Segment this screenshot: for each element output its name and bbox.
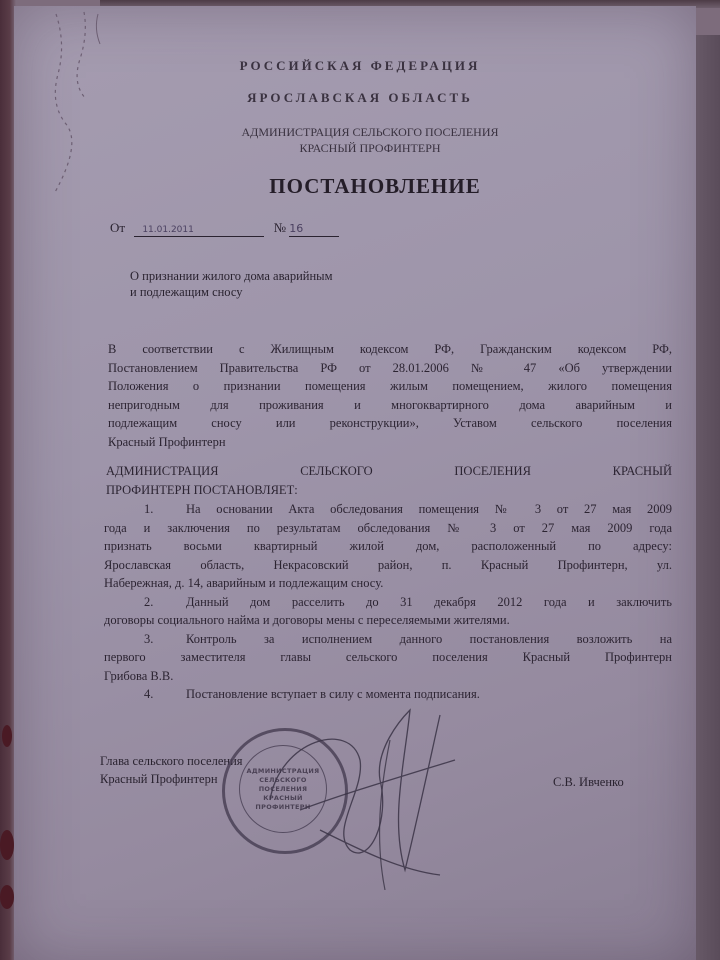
item-text: Данный дом расселить до 31 декабря 2012 … xyxy=(186,595,672,609)
number-label: № xyxy=(274,220,286,235)
item-text: договоры социального найма и договоры ме… xyxy=(104,611,672,630)
item-text: года и заключения по результатам обследо… xyxy=(104,519,672,538)
resolution-item-2: 2.Данный дом расселить до 31 декабря 201… xyxy=(104,593,672,630)
document-meta: От 11.01.2011 № 16 xyxy=(110,220,339,237)
signoff-position: Глава сельского поселения Красный Профин… xyxy=(100,752,243,788)
subject-line: и подлежащим сносу xyxy=(130,284,332,300)
header-region: ЯРОСЛАВСКАЯ ОБЛАСТЬ xyxy=(0,90,720,106)
resolution-item-1: 1.На основании Акта обследования помещен… xyxy=(104,500,672,593)
subject-line: О признании жилого дома аварийным xyxy=(130,268,332,284)
preamble-line: Положения о признании помещения жилым по… xyxy=(108,377,672,396)
number-field: 16 xyxy=(289,220,339,237)
resolves-heading: АДМИНИСТРАЦИЯ СЕЛЬСКОГО ПОСЕЛЕНИЯ КРАСНЫ… xyxy=(106,462,672,499)
item-text: Набережная, д. 14, аварийным и подлежащи… xyxy=(104,574,672,593)
binder-mark xyxy=(0,885,14,909)
signoff-name: С.В. Ивченко xyxy=(553,775,624,790)
resolution-items: 1.На основании Акта обследования помещен… xyxy=(104,500,672,704)
item-text: На основании Акта обследования помещения… xyxy=(186,502,672,516)
resolution-item-3: 3.Контроль за исполнением данного постан… xyxy=(104,630,672,686)
preamble-line: непригодным для проживания и многокварти… xyxy=(108,396,672,415)
header-authority-line1: АДМИНИСТРАЦИЯ СЕЛЬСКОГО ПОСЕЛЕНИЯ xyxy=(10,124,720,140)
resolves-line: АДМИНИСТРАЦИЯ СЕЛЬСКОГО ПОСЕЛЕНИЯ КРАСНЫ… xyxy=(106,462,672,481)
item-number: 1. xyxy=(144,500,186,519)
preamble-line: В соответствии с Жилищным кодексом РФ, Г… xyxy=(108,340,672,359)
header-country: РОССИЙСКАЯ ФЕДЕРАЦИЯ xyxy=(0,58,720,74)
item-text: Контроль за исполнением данного постанов… xyxy=(186,632,672,646)
item-number: 4. xyxy=(144,685,186,704)
item-number: 3. xyxy=(144,630,186,649)
item-text: Ярославская область, Некрасовский район,… xyxy=(104,556,672,575)
preamble-paragraph: В соответствии с Жилищным кодексом РФ, Г… xyxy=(108,340,672,451)
item-text: первого заместителя главы сельского посе… xyxy=(104,648,672,667)
date-label: От xyxy=(110,220,125,235)
item-text: признать восьми квартирный жилой дом, ра… xyxy=(104,537,672,556)
date-field: 11.01.2011 xyxy=(134,220,264,237)
document-title: ПОСТАНОВЛЕНИЕ xyxy=(0,174,720,199)
date-value: 11.01.2011 xyxy=(142,225,194,235)
handwritten-signature xyxy=(240,700,460,890)
header-authority-line2: КРАСНЫЙ ПРОФИНТЕРН xyxy=(10,140,720,156)
signoff-position-line: Красный Профинтерн xyxy=(100,770,243,788)
resolves-line: ПРОФИНТЕРН ПОСТАНОВЛЯЕТ: xyxy=(106,481,672,500)
document-subject: О признании жилого дома аварийным и подл… xyxy=(130,268,332,300)
item-text: Грибова В.В. xyxy=(104,667,672,686)
preamble-line: подлежащим сносу или реконструкции», Уст… xyxy=(108,414,672,433)
preamble-line: Красный Профинтерн xyxy=(108,433,672,452)
item-text: Постановление вступает в силу с момента … xyxy=(186,687,480,701)
preamble-line: Постановлением Правительства РФ от 28.01… xyxy=(108,359,672,378)
binder-mark xyxy=(0,830,14,860)
signoff-position-line: Глава сельского поселения xyxy=(100,752,243,770)
binder-mark xyxy=(2,725,12,747)
number-value: 16 xyxy=(289,222,303,235)
item-number: 2. xyxy=(144,593,186,612)
